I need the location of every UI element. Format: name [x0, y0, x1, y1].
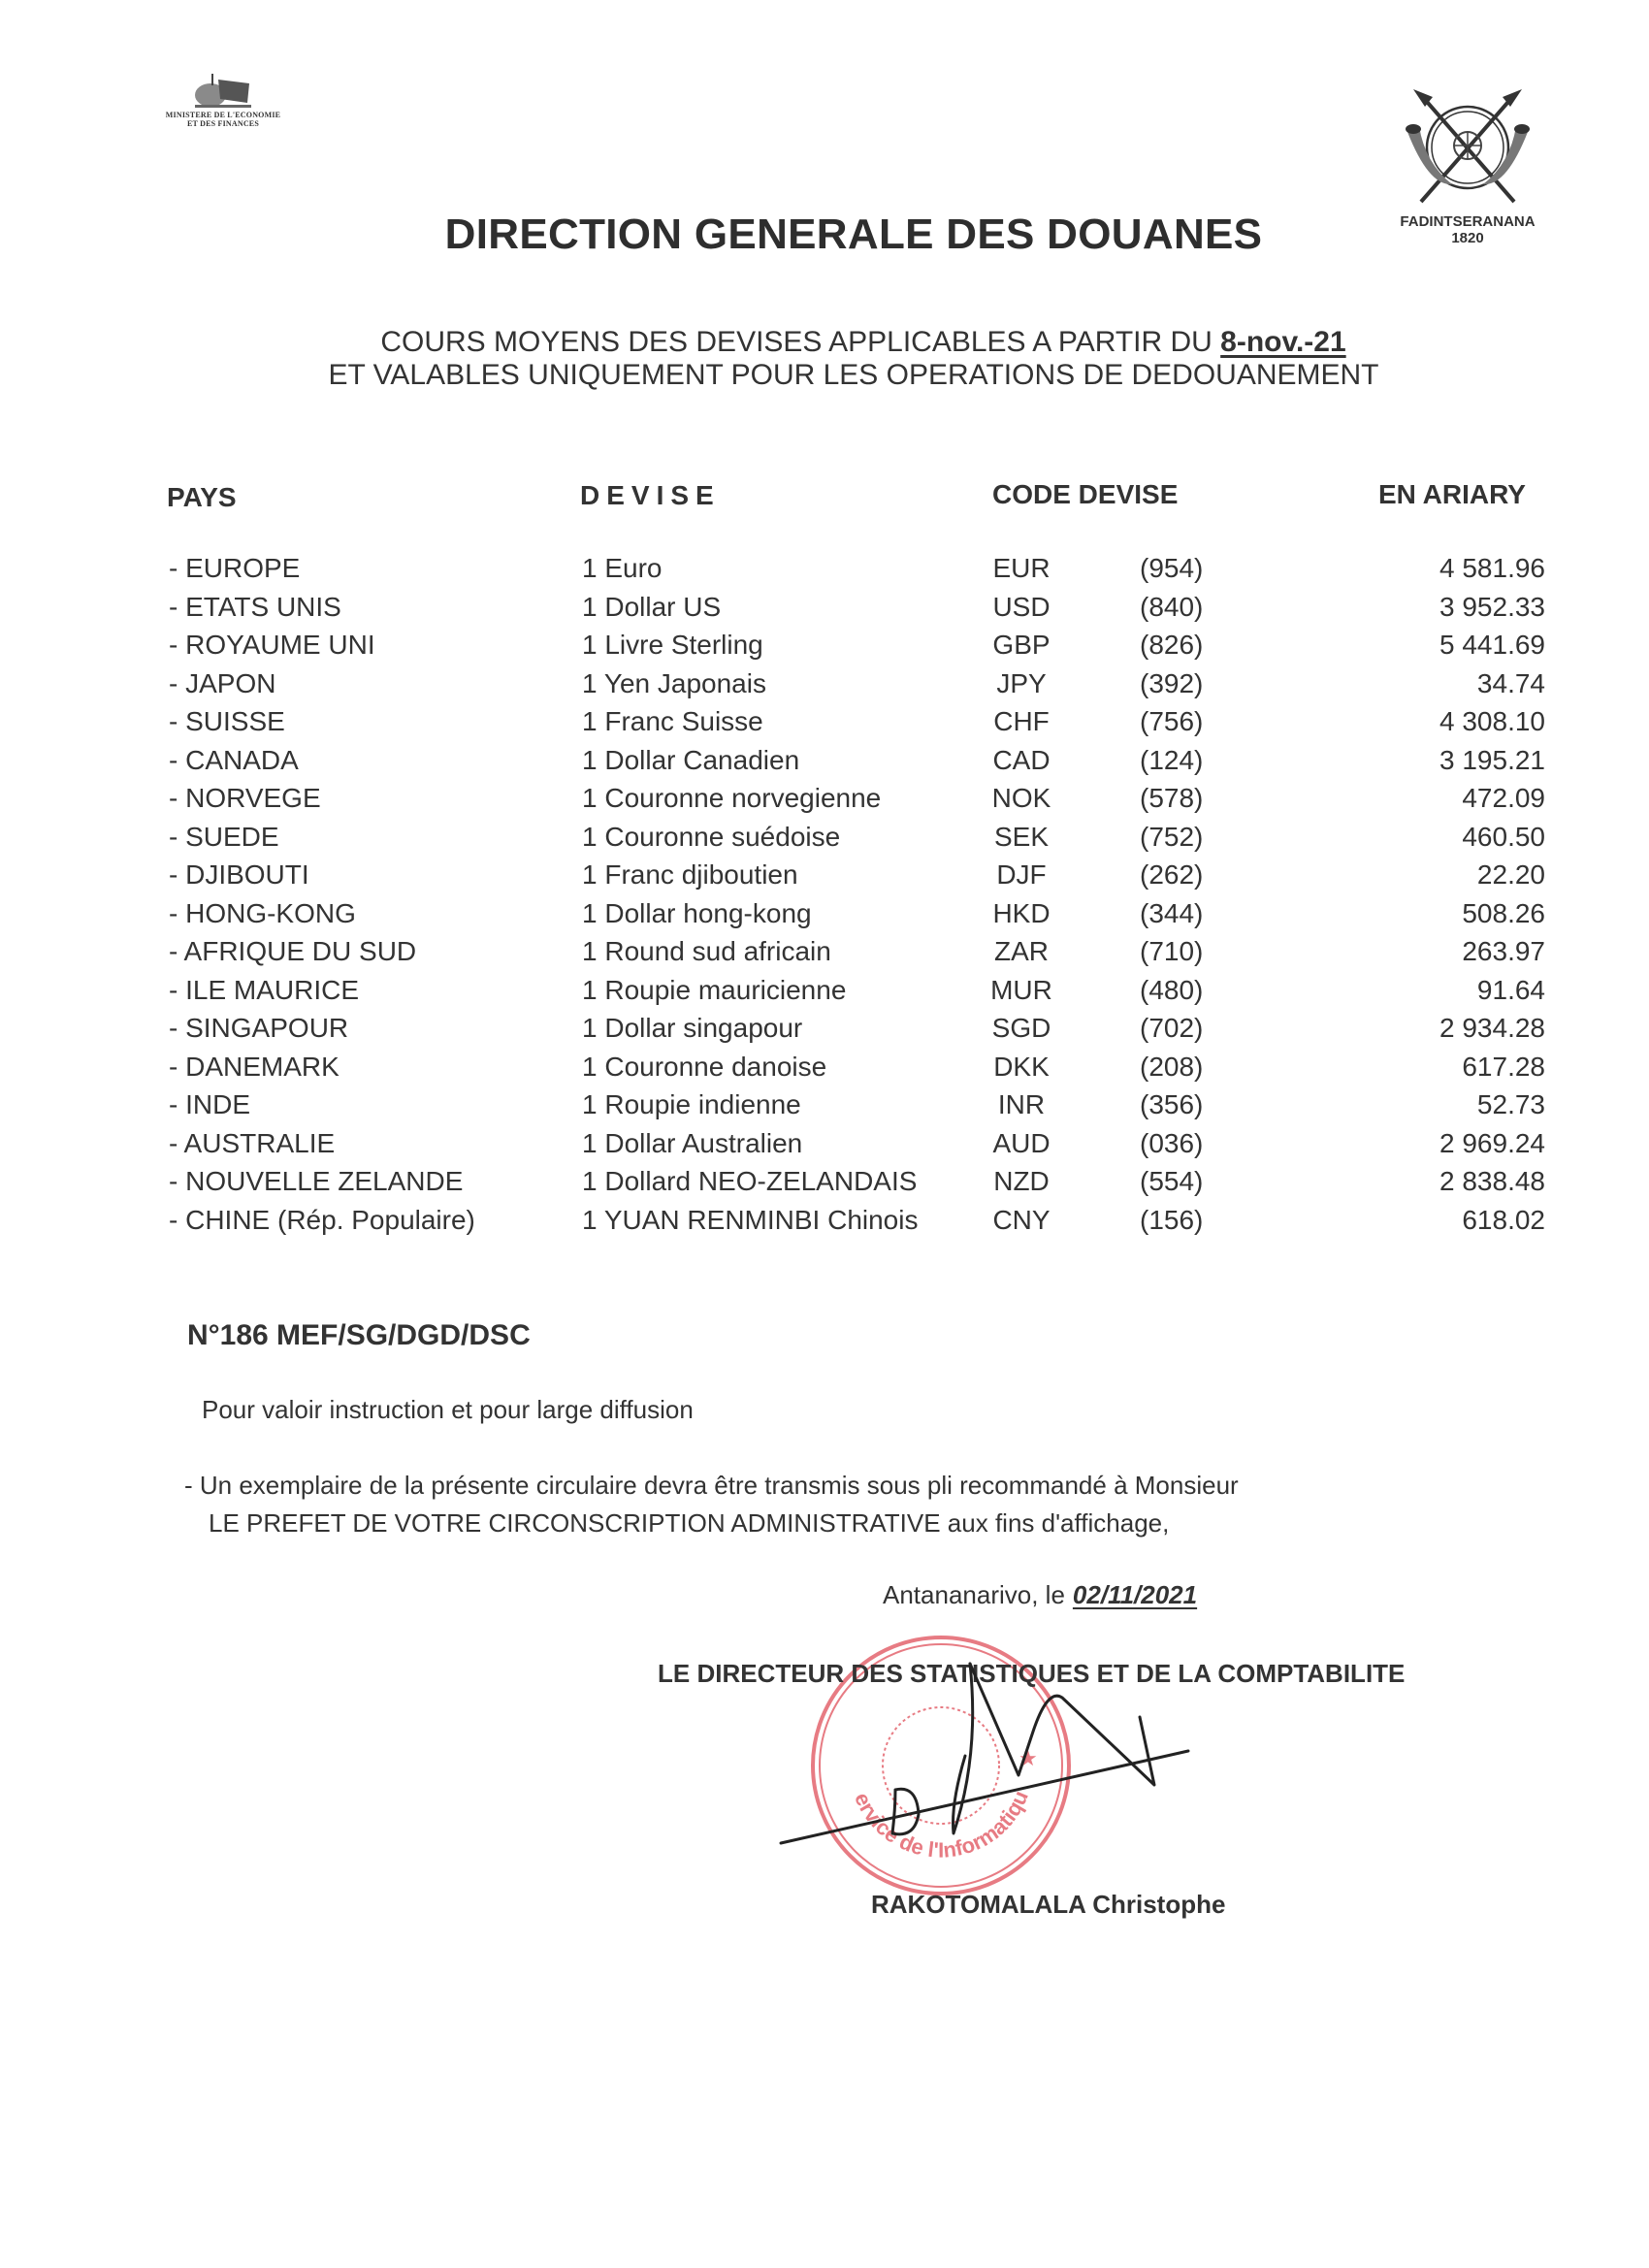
country-cell: - AFRIQUE DU SUD	[169, 936, 416, 967]
signatory-name: RAKOTOMALALA Christophe	[871, 1890, 1225, 1920]
numeric-code-cell: (840)	[1140, 592, 1203, 623]
rate-cell: 2 934.28	[1439, 1013, 1545, 1044]
country-cell: - SUISSE	[169, 706, 285, 737]
rate-cell: 3 195.21	[1439, 745, 1545, 776]
page-title: DIRECTION GENERALE DES DOUANES	[29, 211, 1649, 259]
column-header-country: PAYS	[167, 482, 237, 513]
distribution-note-line2: LE PREFET DE VOTRE CIRCONSCRIPTION ADMIN…	[209, 1508, 1169, 1539]
rate-cell: 2 969.24	[1439, 1128, 1545, 1159]
numeric-code-cell: (554)	[1140, 1166, 1203, 1197]
numeric-code-cell: (262)	[1140, 859, 1203, 891]
code-cell: AUD	[987, 1128, 1055, 1159]
numeric-code-cell: (826)	[1140, 630, 1203, 661]
ministry-name-line1: MINISTERE DE L'ECONOMIE	[160, 111, 286, 119]
rate-cell: 617.28	[1462, 1052, 1545, 1083]
rate-cell: 460.50	[1462, 822, 1545, 853]
currency-cell: 1 Franc djiboutien	[582, 859, 798, 891]
subtitle-line1: COURS MOYENS DES DEVISES APPLICABLES A P…	[39, 326, 1649, 359]
numeric-code-cell: (710)	[1140, 936, 1203, 967]
table-row: - EUROPE1 EuroEUR(954)4 581.96	[0, 553, 1649, 592]
code-cell: SGD	[987, 1013, 1055, 1044]
table-row: - SUISSE1 Franc SuisseCHF(756)4 308.10	[0, 706, 1649, 745]
country-cell: - INDE	[169, 1089, 250, 1120]
numeric-code-cell: (124)	[1140, 745, 1203, 776]
code-cell: NOK	[987, 783, 1055, 814]
currency-cell: 1 Dollar hong-kong	[582, 898, 812, 929]
country-cell: - SUEDE	[169, 822, 279, 853]
handwritten-signature-icon	[771, 1639, 1208, 1882]
country-cell: - JAPON	[169, 668, 275, 699]
code-cell: DKK	[987, 1052, 1055, 1083]
table-row: - AFRIQUE DU SUD1 Round sud africainZAR(…	[0, 936, 1649, 975]
rate-cell: 4 581.96	[1439, 553, 1545, 584]
currency-cell: 1 Couronne suédoise	[582, 822, 840, 853]
rate-cell: 472.09	[1462, 783, 1545, 814]
numeric-code-cell: (752)	[1140, 822, 1203, 853]
table-row: - CANADA1 Dollar CanadienCAD(124)3 195.2…	[0, 745, 1649, 784]
numeric-code-cell: (156)	[1140, 1205, 1203, 1236]
rate-cell: 52.73	[1477, 1089, 1545, 1120]
ministry-logo: MINISTERE DE L'ECONOMIE ET DES FINANCES	[160, 70, 286, 128]
currency-cell: 1 Dollar Australien	[582, 1128, 802, 1159]
ministry-name-line2: ET DES FINANCES	[160, 119, 286, 128]
currency-cell: 1 YUAN RENMINBI Chinois	[582, 1205, 918, 1236]
rate-cell: 263.97	[1462, 936, 1545, 967]
country-cell: - NORVEGE	[169, 783, 321, 814]
table-row: - ROYAUME UNI1 Livre SterlingGBP(826)5 4…	[0, 630, 1649, 668]
country-cell: - ROYAUME UNI	[169, 630, 375, 661]
currency-cell: 1 Round sud africain	[582, 936, 831, 967]
rate-cell: 22.20	[1477, 859, 1545, 891]
country-cell: - CHINE (Rép. Populaire)	[169, 1205, 475, 1236]
currency-cell: 1 Dollard NEO-ZELANDAIS	[582, 1166, 917, 1197]
currency-cell: 1 Dollar US	[582, 592, 721, 623]
rate-cell: 3 952.33	[1439, 592, 1545, 623]
code-cell: MUR	[987, 975, 1055, 1006]
numeric-code-cell: (954)	[1140, 553, 1203, 584]
place-and-date: Antananarivo, le02/11/2021	[883, 1580, 1197, 1610]
code-cell: ZAR	[987, 936, 1055, 967]
code-cell: USD	[987, 592, 1055, 623]
table-row: - ILE MAURICE1 Roupie mauricienneMUR(480…	[0, 975, 1649, 1014]
currency-cell: 1 Couronne norvegienne	[582, 783, 881, 814]
code-cell: JPY	[987, 668, 1055, 699]
country-cell: - SINGAPOUR	[169, 1013, 348, 1044]
table-row: - HONG-KONG1 Dollar hong-kongHKD(344)508…	[0, 898, 1649, 937]
signature-date: 02/11/2021	[1073, 1580, 1197, 1609]
effective-date: 8-nov.-21	[1220, 326, 1345, 358]
code-cell: CAD	[987, 745, 1055, 776]
table-row: - INDE1 Roupie indienneINR(356)52.73	[0, 1089, 1649, 1128]
code-cell: SEK	[987, 822, 1055, 853]
column-header-rate: EN ARIARY	[1378, 479, 1526, 510]
code-cell: GBP	[987, 630, 1055, 661]
place-prefix: Antananarivo, le	[883, 1580, 1065, 1609]
rate-cell: 508.26	[1462, 898, 1545, 929]
numeric-code-cell: (344)	[1140, 898, 1203, 929]
distribution-note-line1: - Un exemplaire de la présente circulair…	[184, 1471, 1239, 1501]
ministry-emblem-icon	[189, 70, 257, 111]
table-row: - DANEMARK1 Couronne danoiseDKK(208)617.…	[0, 1052, 1649, 1090]
table-row: - SUEDE1 Couronne suédoiseSEK(752)460.50	[0, 822, 1649, 860]
currency-cell: 1 Livre Sterling	[582, 630, 763, 661]
rate-cell: 34.74	[1477, 668, 1545, 699]
country-cell: - DANEMARK	[169, 1052, 339, 1083]
country-cell: - EUROPE	[169, 553, 300, 584]
table-row: - NOUVELLE ZELANDE1 Dollard NEO-ZELANDAI…	[0, 1166, 1649, 1205]
country-cell: - ILE MAURICE	[169, 975, 359, 1006]
table-row: - CHINE (Rép. Populaire)1 YUAN RENMINBI …	[0, 1205, 1649, 1244]
currency-cell: 1 Euro	[582, 553, 663, 584]
numeric-code-cell: (702)	[1140, 1013, 1203, 1044]
rate-cell: 5 441.69	[1439, 630, 1545, 661]
numeric-code-cell: (756)	[1140, 706, 1203, 737]
exchange-rate-table: - EUROPE1 EuroEUR(954)4 581.96- ETATS UN…	[0, 553, 1649, 1243]
country-cell: - AUSTRALIE	[169, 1128, 335, 1159]
currency-cell: 1 Couronne danoise	[582, 1052, 826, 1083]
rate-cell: 2 838.48	[1439, 1166, 1545, 1197]
code-cell: EUR	[987, 553, 1055, 584]
code-cell: CHF	[987, 706, 1055, 737]
customs-emblem-icon	[1400, 85, 1536, 211]
country-cell: - CANADA	[169, 745, 299, 776]
currency-cell: 1 Franc Suisse	[582, 706, 763, 737]
code-cell: DJF	[987, 859, 1055, 891]
table-row: - ETATS UNIS1 Dollar USUSD(840)3 952.33	[0, 592, 1649, 631]
country-cell: - ETATS UNIS	[169, 592, 341, 623]
numeric-code-cell: (036)	[1140, 1128, 1203, 1159]
code-cell: NZD	[987, 1166, 1055, 1197]
column-header-currency: DEVISE	[580, 480, 721, 511]
code-cell: CNY	[987, 1205, 1055, 1236]
rate-cell: 4 308.10	[1439, 706, 1545, 737]
rate-cell: 618.02	[1462, 1205, 1545, 1236]
numeric-code-cell: (392)	[1140, 668, 1203, 699]
country-cell: - DJIBOUTI	[169, 859, 309, 891]
currency-cell: 1 Roupie mauricienne	[582, 975, 846, 1006]
code-cell: HKD	[987, 898, 1055, 929]
numeric-code-cell: (356)	[1140, 1089, 1203, 1120]
subtitle-prefix: COURS MOYENS DES DEVISES APPLICABLES A P…	[380, 326, 1220, 358]
numeric-code-cell: (480)	[1140, 975, 1203, 1006]
numeric-code-cell: (208)	[1140, 1052, 1203, 1083]
circular-reference: N°186 MEF/SG/DGD/DSC	[187, 1319, 531, 1352]
table-row: - SINGAPOUR1 Dollar singapourSGD(702)2 9…	[0, 1013, 1649, 1052]
table-row: - JAPON1 Yen JaponaisJPY(392)34.74	[0, 668, 1649, 707]
instruction-text: Pour valoir instruction et pour large di…	[202, 1395, 694, 1425]
table-row: - DJIBOUTI1 Franc djiboutienDJF(262)22.2…	[0, 859, 1649, 898]
rate-cell: 91.64	[1477, 975, 1545, 1006]
currency-cell: 1 Yen Japonais	[582, 668, 766, 699]
table-row: - AUSTRALIE1 Dollar AustralienAUD(036)2 …	[0, 1128, 1649, 1167]
country-cell: - HONG-KONG	[169, 898, 356, 929]
currency-cell: 1 Roupie indienne	[582, 1089, 801, 1120]
currency-cell: 1 Dollar singapour	[582, 1013, 802, 1044]
column-header-code: CODE DEVISE	[992, 479, 1178, 510]
table-row: - NORVEGE1 Couronne norvegienneNOK(578)4…	[0, 783, 1649, 822]
country-cell: - NOUVELLE ZELANDE	[169, 1166, 463, 1197]
currency-cell: 1 Dollar Canadien	[582, 745, 799, 776]
code-cell: INR	[987, 1089, 1055, 1120]
numeric-code-cell: (578)	[1140, 783, 1203, 814]
subtitle-line2: ET VALABLES UNIQUEMENT POUR LES OPERATIO…	[29, 359, 1649, 392]
